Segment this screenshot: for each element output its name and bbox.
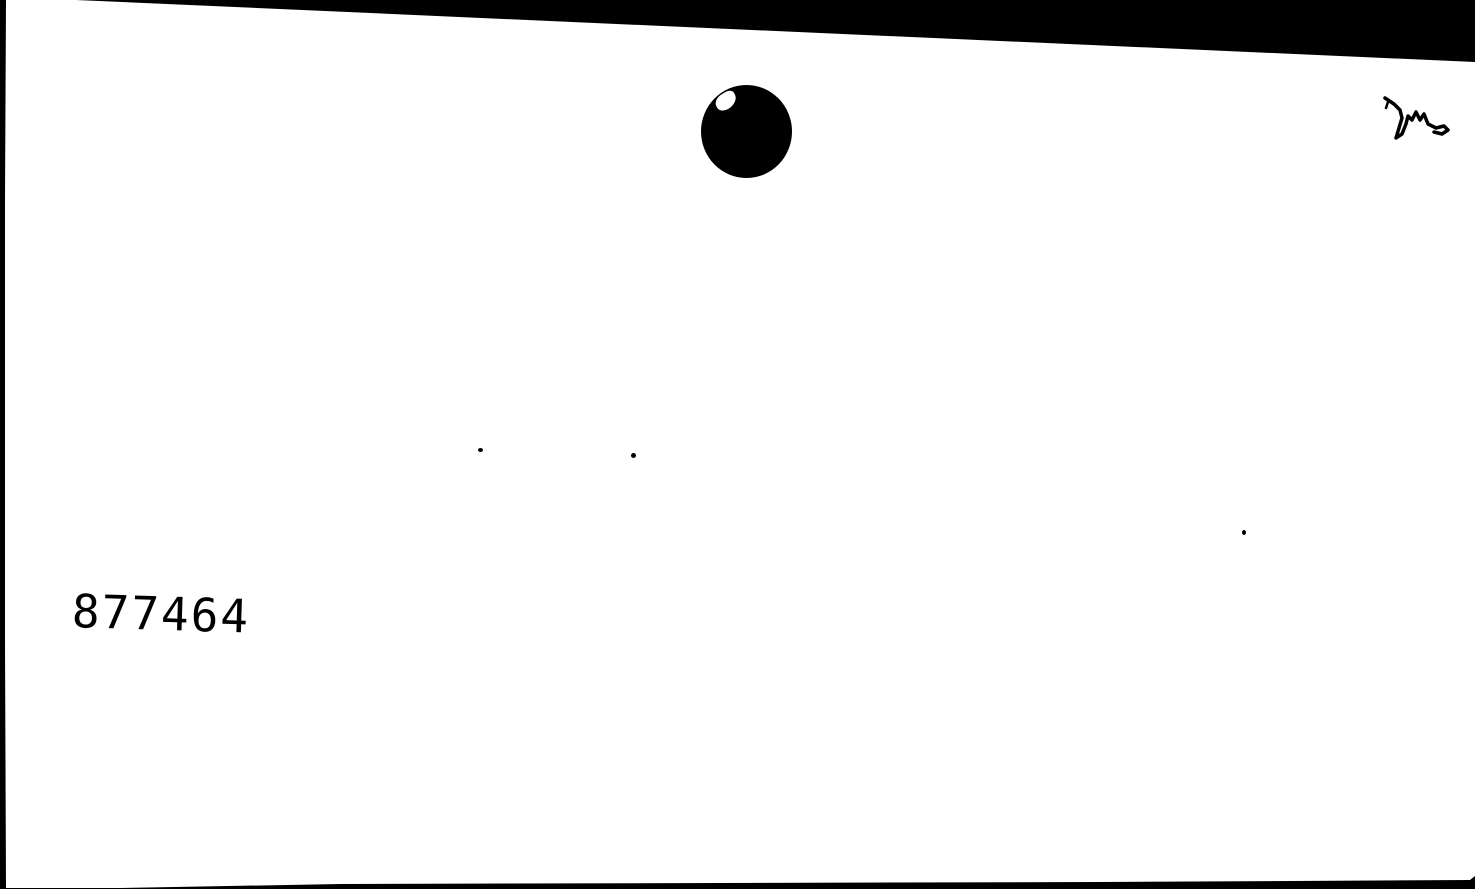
punch-hole bbox=[701, 85, 792, 178]
speck bbox=[478, 448, 483, 452]
handwritten-initials-icon bbox=[1382, 94, 1454, 144]
speck bbox=[631, 453, 636, 458]
speck bbox=[1242, 530, 1246, 535]
card-number: 877464 bbox=[71, 588, 251, 640]
scan-background: 877464 bbox=[0, 0, 1475, 889]
